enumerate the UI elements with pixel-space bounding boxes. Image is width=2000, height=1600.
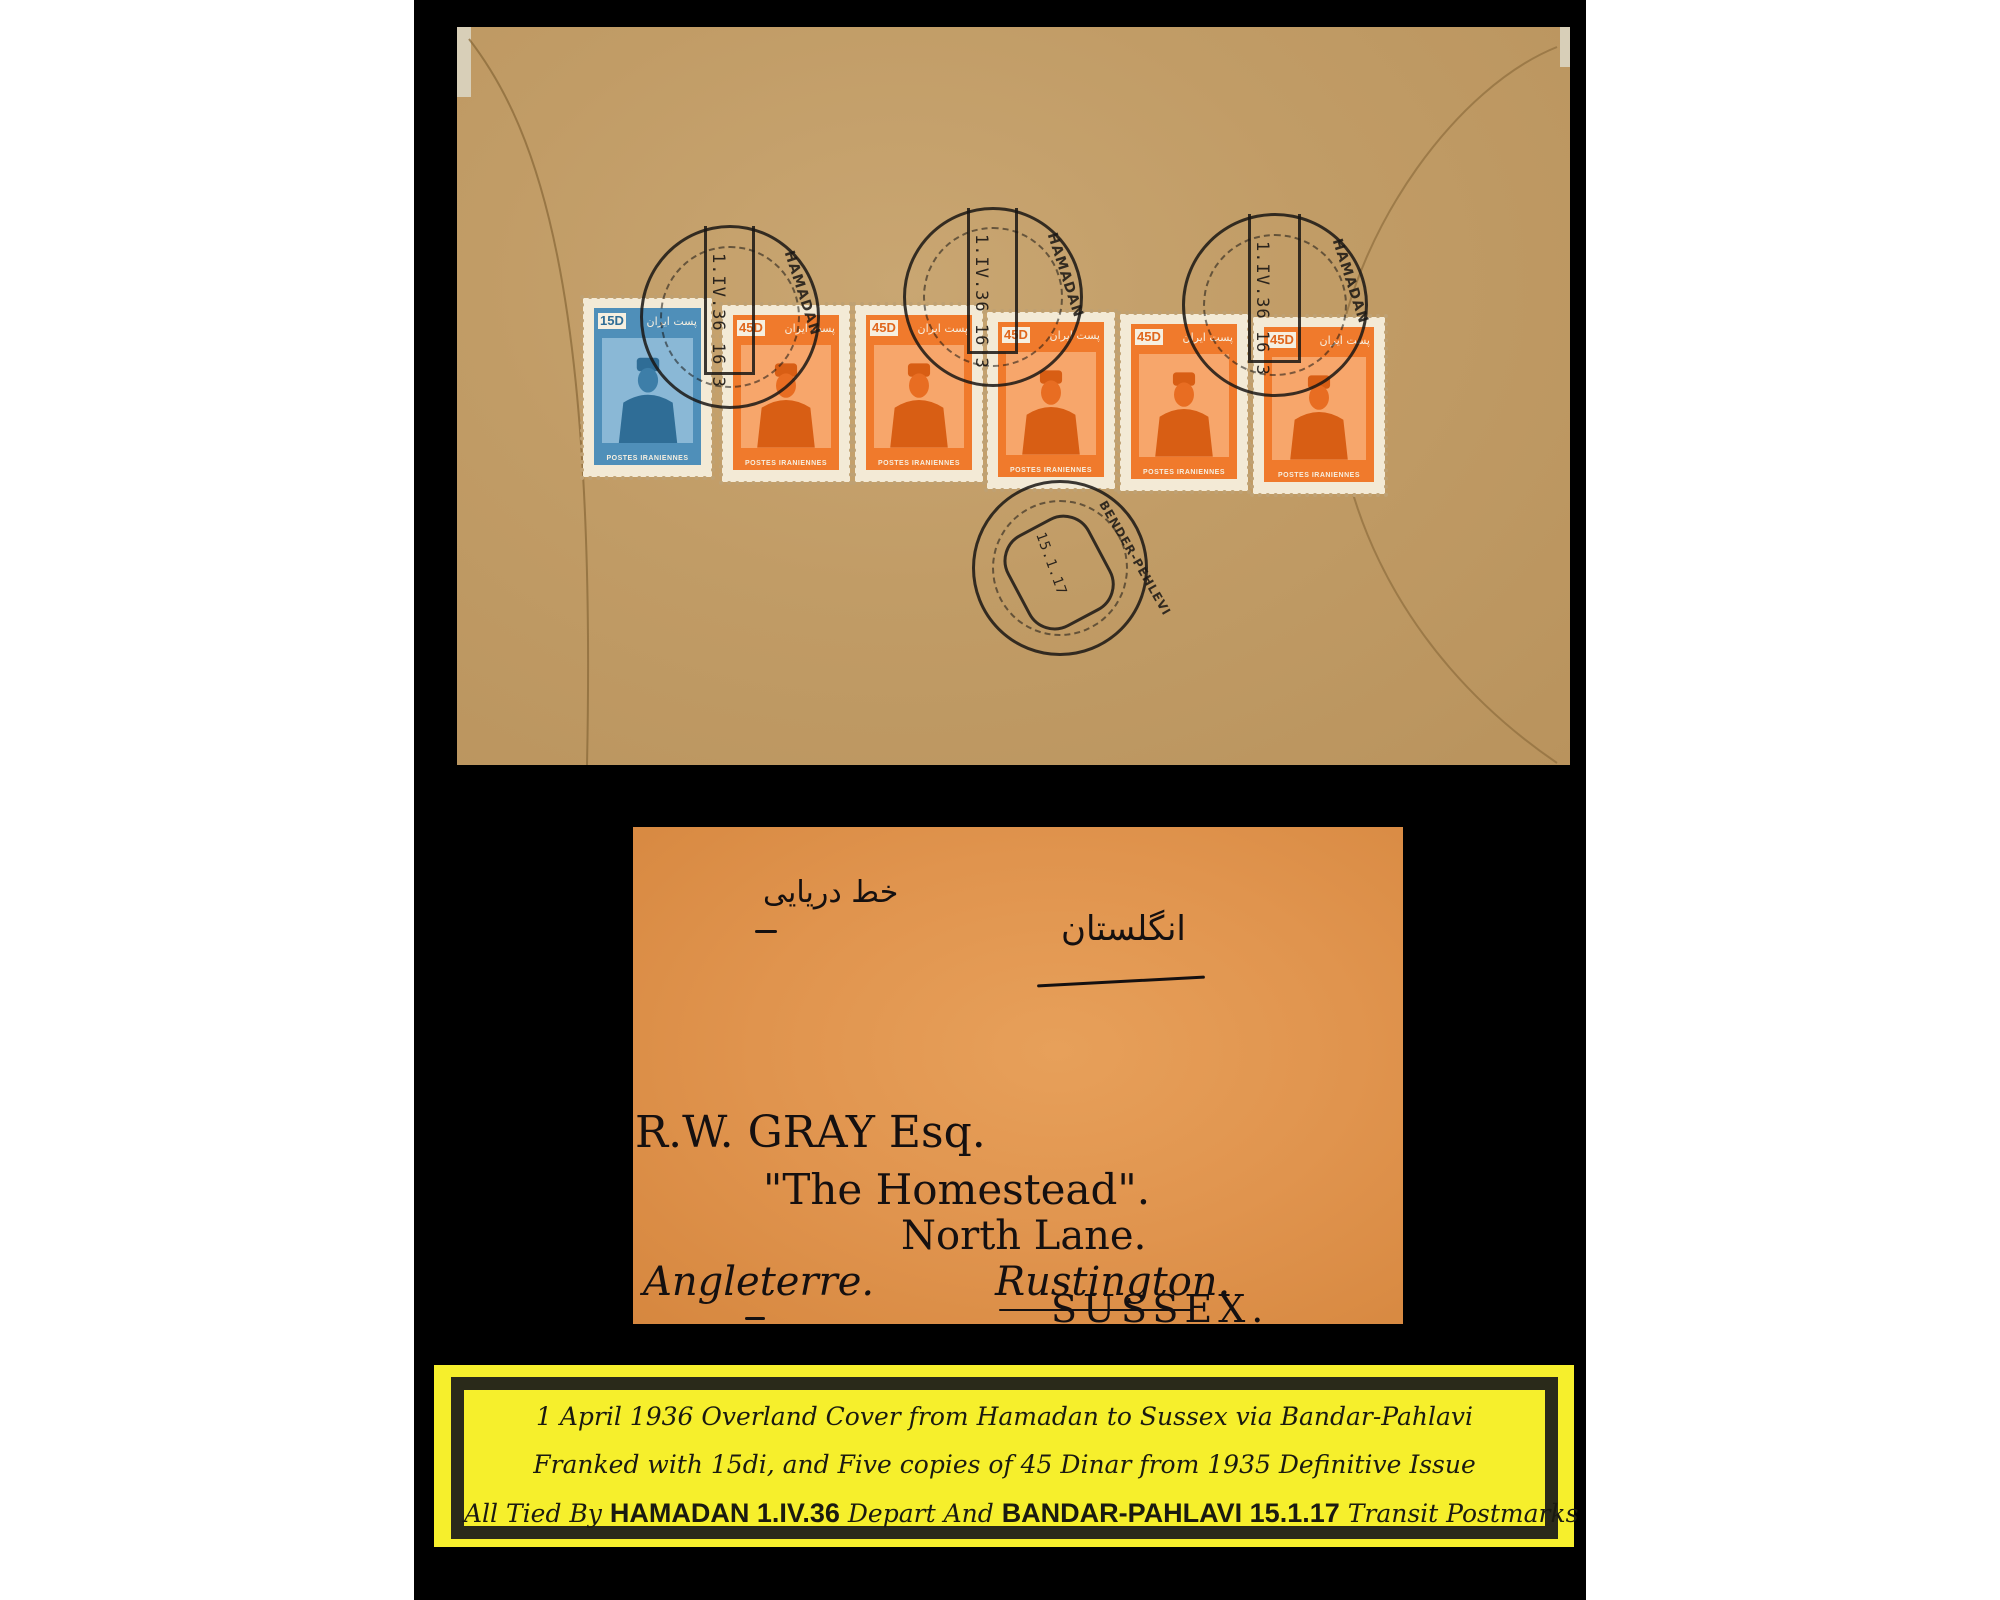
caption-border: 1 April 1936 Overland Cover from Hamadan… [451, 1377, 1558, 1539]
postmark-date: 1.IV.36 16 3 [971, 234, 991, 369]
ink-dash [745, 1317, 765, 1320]
cover-front-side: خط دریایی انگلستان R.W. GRAY Esq. "The H… [633, 827, 1403, 1324]
postmark-hamadan-2: 1.IV.36 16 3 HAMADAN [903, 207, 1083, 387]
postmark-hamadan-3: 1.IV.36 16 3 HAMADAN [1182, 213, 1368, 397]
postmark-hamadan-1: 1.IV.36 16 3 HAMADAN [640, 225, 820, 409]
stamp-value: 45D [870, 320, 898, 336]
caption-depart-postmark: HAMADAN 1.IV.36 [610, 1498, 840, 1528]
caption-transit-postmark: BANDAR-PAHLAVI 15.1.17 [1002, 1498, 1340, 1528]
persian-destination-note: انگلستان [1061, 909, 1186, 949]
stamp-legend: POSTES IRANIENNES [1264, 472, 1374, 479]
shah-portrait-icon [1151, 368, 1218, 457]
caption-line-2: Franked with 15di, and Five copies of 45… [464, 1441, 1545, 1489]
postmark-date: 1.IV.36 16 3 [708, 253, 728, 388]
address-house: "The Homestead". [763, 1165, 1150, 1214]
exhibit-caption-label: 1 April 1936 Overland Cover from Hamadan… [434, 1365, 1574, 1547]
postmark-date: 1.IV.36 16 3 [1252, 241, 1272, 376]
postmark-bandar-pahlavi-transit: 15.1.17 BENDER-PEHLEVI [972, 480, 1148, 656]
caption-text: Transit Postmarks [1340, 1499, 1579, 1528]
caption-text: Depart And [840, 1499, 1002, 1528]
caption-line-3: All Tied By HAMADAN 1.IV.36 Depart And B… [464, 1489, 1545, 1537]
shah-portrait-icon [886, 359, 953, 448]
stamp-legend: POSTES IRANIENNES [594, 455, 701, 462]
stamp-value: 15D [598, 313, 626, 329]
cover-back-side: 15Dپست ایران POSTES IRANIENNES 45Dپست ای… [457, 27, 1570, 765]
caption-text: All Tied By [464, 1499, 610, 1528]
stamp-legend: POSTES IRANIENNES [998, 467, 1104, 474]
ink-dash [755, 930, 777, 933]
caption-line-1: 1 April 1936 Overland Cover from Hamadan… [464, 1393, 1545, 1441]
address-name: R.W. GRAY Esq. [635, 1107, 986, 1158]
stamp-value: 45D [1135, 329, 1163, 345]
address-county: SUSSEX. [1051, 1287, 1269, 1324]
address-street: North Lane. [901, 1213, 1146, 1259]
ink-underline [1037, 976, 1205, 988]
stamp-legend: POSTES IRANIENNES [866, 460, 972, 467]
stamp-legend: POSTES IRANIENNES [733, 460, 839, 467]
stamp-legend: POSTES IRANIENNES [1131, 469, 1237, 476]
address-country-note: Angleterre. [643, 1259, 874, 1305]
persian-route-note: خط دریایی [763, 875, 898, 910]
